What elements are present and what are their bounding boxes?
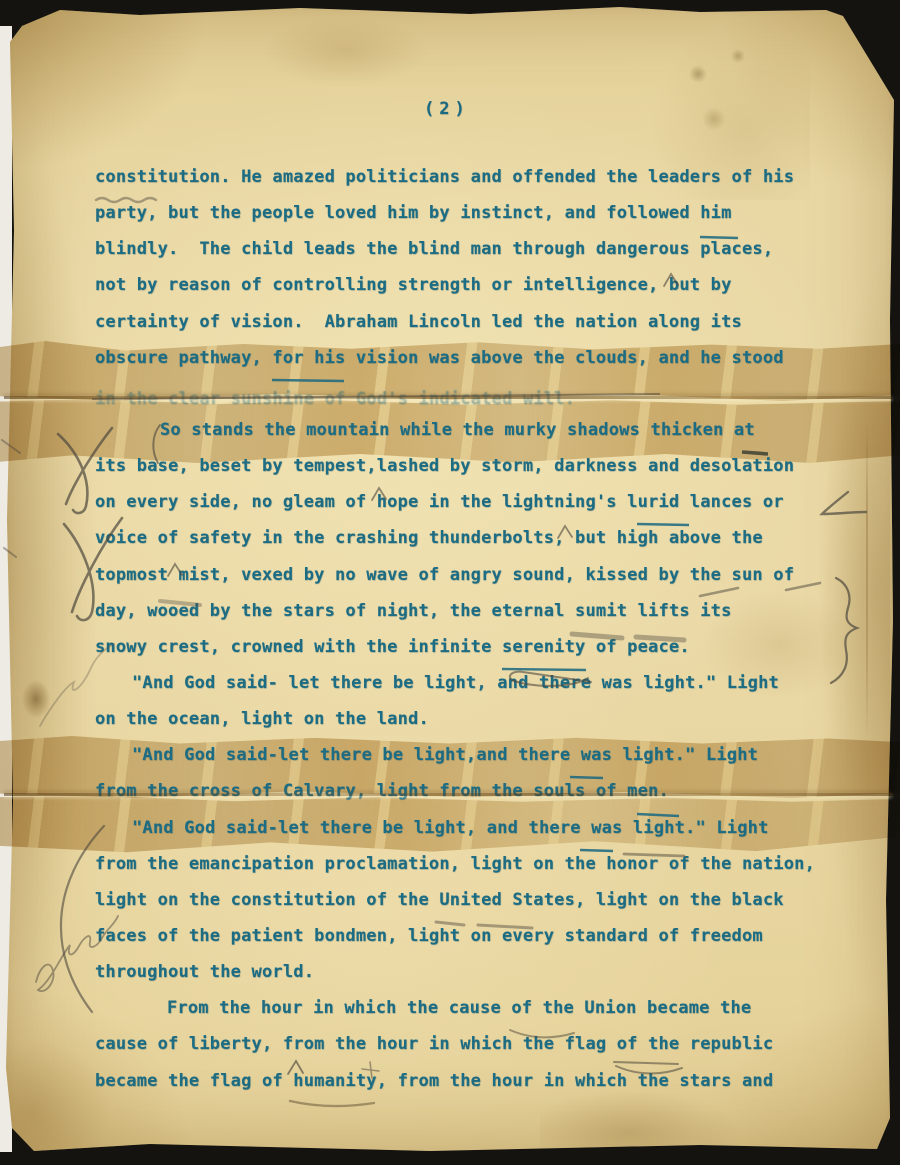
- page-number: (2): [424, 99, 470, 119]
- typewritten-line: faces of the patient bondmen, light on e…: [95, 926, 855, 962]
- typewritten-line: topmost mist, vexed by no wave of angry …: [95, 565, 855, 601]
- typewritten-line: certainty of vision. Abraham Lincoln led…: [95, 312, 855, 348]
- stain-left-spot: [22, 680, 50, 718]
- typewritten-line: not by reason of controlling strength or…: [95, 275, 855, 311]
- typewritten-line: from the emancipation proclamation, ligh…: [95, 854, 855, 890]
- typewritten-line: on every side, no gleam of hope in the l…: [95, 492, 855, 528]
- typewritten-line: on the ocean, light on the land.: [95, 709, 855, 745]
- typewritten-line: constitution. He amazed politicians and …: [95, 167, 855, 203]
- typewritten-line: So stands the mountain while the murky s…: [95, 420, 855, 456]
- typewritten-line: blindly. The child leads the blind man t…: [95, 239, 855, 275]
- typewritten-line: its base, beset by tempest,lashed by sto…: [95, 456, 855, 492]
- typewritten-line: light on the constitution of the United …: [95, 890, 855, 926]
- typewritten-line: "And God said-let there be light,and the…: [95, 745, 855, 781]
- typewritten-line: party, but the people loved him by insti…: [95, 203, 855, 239]
- typewritten-line: obscure pathway, for his vision was abov…: [95, 348, 855, 384]
- typewritten-line: became the flag of humanity, from the ho…: [95, 1071, 855, 1107]
- stain-top-center: [260, 16, 430, 86]
- typewritten-line: snowy crest, crowned with the infinite s…: [95, 637, 855, 673]
- typewritten-body: constitution. He amazed politicians and …: [95, 167, 855, 1107]
- stain-bottom-left: [0, 1040, 110, 1160]
- typewritten-line-struck: in the clear sunshine of God's indicated…: [95, 389, 855, 425]
- typewritten-line: voice of safety in the crashing thunderb…: [95, 528, 855, 564]
- typewritten-line: "And God said-let there be light, and th…: [95, 818, 855, 854]
- typewritten-line: day, wooed by the stars of night, the et…: [95, 601, 855, 637]
- typewritten-line: "And God said- let there be light, and t…: [95, 673, 855, 709]
- typewritten-line: From the hour in which the cause of the …: [95, 998, 855, 1034]
- typewritten-line: from the cross of Calvary, light from th…: [95, 781, 855, 817]
- scanned-manuscript-page: (2) constitution. He amazed politicians …: [0, 0, 900, 1165]
- typewritten-line: throughout the world.: [95, 962, 855, 998]
- typewritten-line: cause of liberty, from the hour in which…: [95, 1034, 855, 1070]
- vertical-crease: [866, 420, 868, 740]
